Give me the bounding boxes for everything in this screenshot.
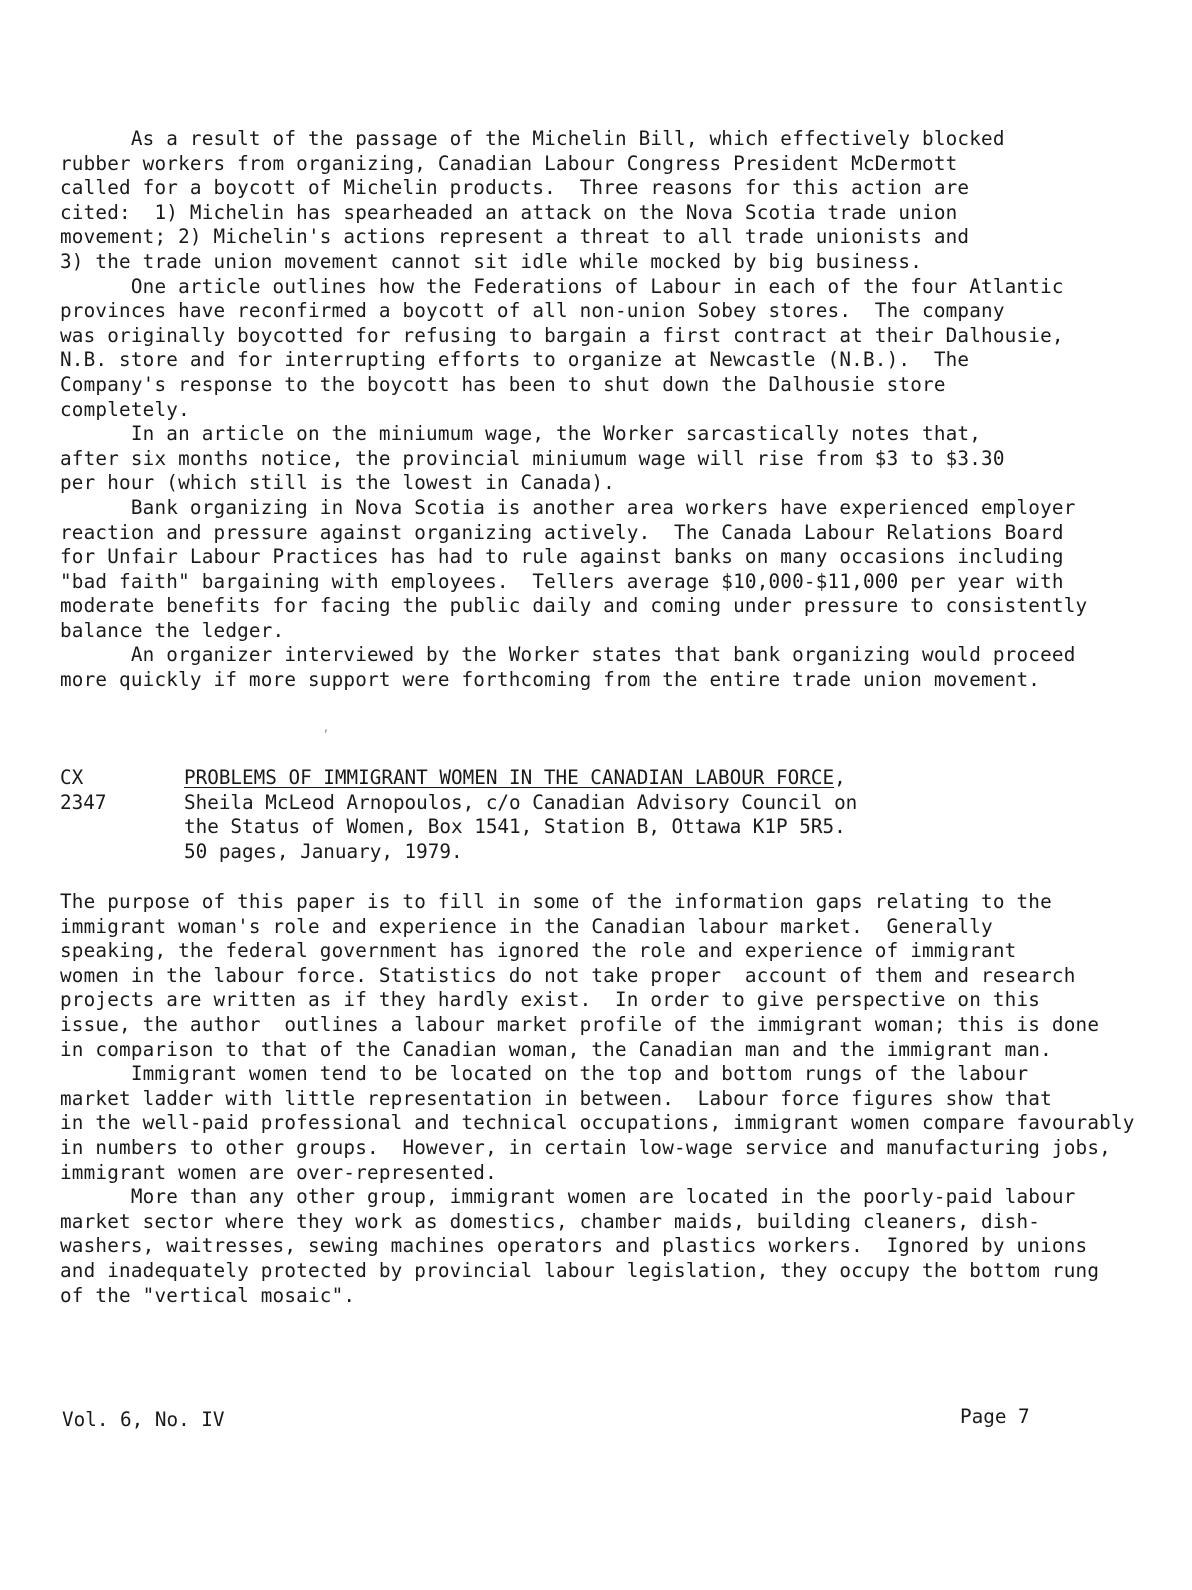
text-line: 3) the trade union movement cannot sit i… bbox=[60, 250, 1180, 275]
immigrant-women-abstract: The purpose of this paper is to fill in … bbox=[60, 890, 1180, 1308]
text-line: movement; 2) Michelin's actions represen… bbox=[60, 225, 1180, 250]
text-line: Immigrant women tend to be located on th… bbox=[60, 1062, 1180, 1087]
text-line: in comparison to that of the Canadian wo… bbox=[60, 1038, 1180, 1063]
text-line: projects are written as if they hardly e… bbox=[60, 988, 1180, 1013]
text-line: speaking, the federal government has ign… bbox=[60, 939, 1180, 964]
text-line: Company's response to the boycott has be… bbox=[60, 373, 1180, 398]
text-line: As a result of the passage of the Michel… bbox=[60, 127, 1180, 152]
text-line: immigrant woman's role and experience in… bbox=[60, 915, 1180, 940]
text-line: called for a boycott of Michelin product… bbox=[60, 176, 1180, 201]
text-line: market ladder with little representation… bbox=[60, 1087, 1180, 1112]
text-line: More than any other group, immigrant wom… bbox=[60, 1185, 1180, 1210]
text-line: N.B. store and for interrupting efforts … bbox=[60, 348, 1180, 373]
text-line: An organizer interviewed by the Worker s… bbox=[60, 643, 1180, 668]
text-line: balance the ledger. bbox=[60, 619, 1180, 644]
citation-address: the Status of Women, Box 1541, Station B… bbox=[184, 815, 1084, 840]
text-line: "bad faith" bargaining with employees. T… bbox=[60, 570, 1180, 595]
title-comma: , bbox=[834, 766, 846, 789]
text-line: In an article on the miniumum wage, the … bbox=[60, 422, 1180, 447]
text-line: women in the labour force. Statistics do… bbox=[60, 964, 1180, 989]
text-line: immigrant women are over-represented. bbox=[60, 1161, 1180, 1186]
text-line: was originally boycotted for refusing to… bbox=[60, 324, 1180, 349]
text-line: completely. bbox=[60, 398, 1180, 423]
text-line: reaction and pressure against organizing… bbox=[60, 521, 1180, 546]
citation-reference: PROBLEMS OF IMMIGRANT WOMEN IN THE CANAD… bbox=[184, 766, 1084, 864]
text-line: Bank organizing in Nova Scotia is anothe… bbox=[60, 496, 1180, 521]
citation-pages-date: 50 pages, January, 1979. bbox=[184, 840, 1084, 865]
page-number: Page 7 bbox=[960, 1405, 1030, 1428]
citation-author: Sheila McLeod Arnopoulos, c/o Canadian A… bbox=[184, 791, 1084, 816]
text-line: issue, the author outlines a labour mark… bbox=[60, 1013, 1180, 1038]
text-line: of the "vertical mosaic". bbox=[60, 1284, 1180, 1309]
catalog-prefix: CX bbox=[60, 766, 160, 791]
text-line: in the well-paid professional and techni… bbox=[60, 1111, 1180, 1136]
text-line: moderate benefits for facing the public … bbox=[60, 594, 1180, 619]
volume-number: Vol. 6, No. IV bbox=[62, 1408, 225, 1431]
text-line: provinces have reconfirmed a boycott of … bbox=[60, 299, 1180, 324]
catalog-number: 2347 bbox=[60, 791, 160, 816]
text-line: market sector where they work as domesti… bbox=[60, 1210, 1180, 1235]
text-line: per hour (which still is the lowest in C… bbox=[60, 471, 1180, 496]
text-line: after six months notice, the provincial … bbox=[60, 447, 1180, 472]
text-line: washers, waitresses, sewing machines ope… bbox=[60, 1234, 1180, 1259]
text-line: cited: 1) Michelin has spearheaded an at… bbox=[60, 201, 1180, 226]
text-line: One article outlines how the Federations… bbox=[60, 275, 1180, 300]
text-line: rubber workers from organizing, Canadian… bbox=[60, 152, 1180, 177]
scan-artifact: ʼ bbox=[322, 728, 328, 742]
text-line: in numbers to other groups. However, in … bbox=[60, 1136, 1180, 1161]
text-line: more quickly if more support were forthc… bbox=[60, 668, 1180, 693]
citation-title: PROBLEMS OF IMMIGRANT WOMEN IN THE CANAD… bbox=[184, 766, 834, 789]
text-line: and inadequately protected by provincial… bbox=[60, 1259, 1180, 1284]
text-line: for Unfair Labour Practices has had to r… bbox=[60, 545, 1180, 570]
michelin-bill-section: As a result of the passage of the Michel… bbox=[60, 127, 1180, 693]
citation-title-line: PROBLEMS OF IMMIGRANT WOMEN IN THE CANAD… bbox=[184, 766, 1084, 791]
catalog-code: CX 2347 bbox=[60, 766, 160, 815]
text-line: The purpose of this paper is to fill in … bbox=[60, 890, 1180, 915]
